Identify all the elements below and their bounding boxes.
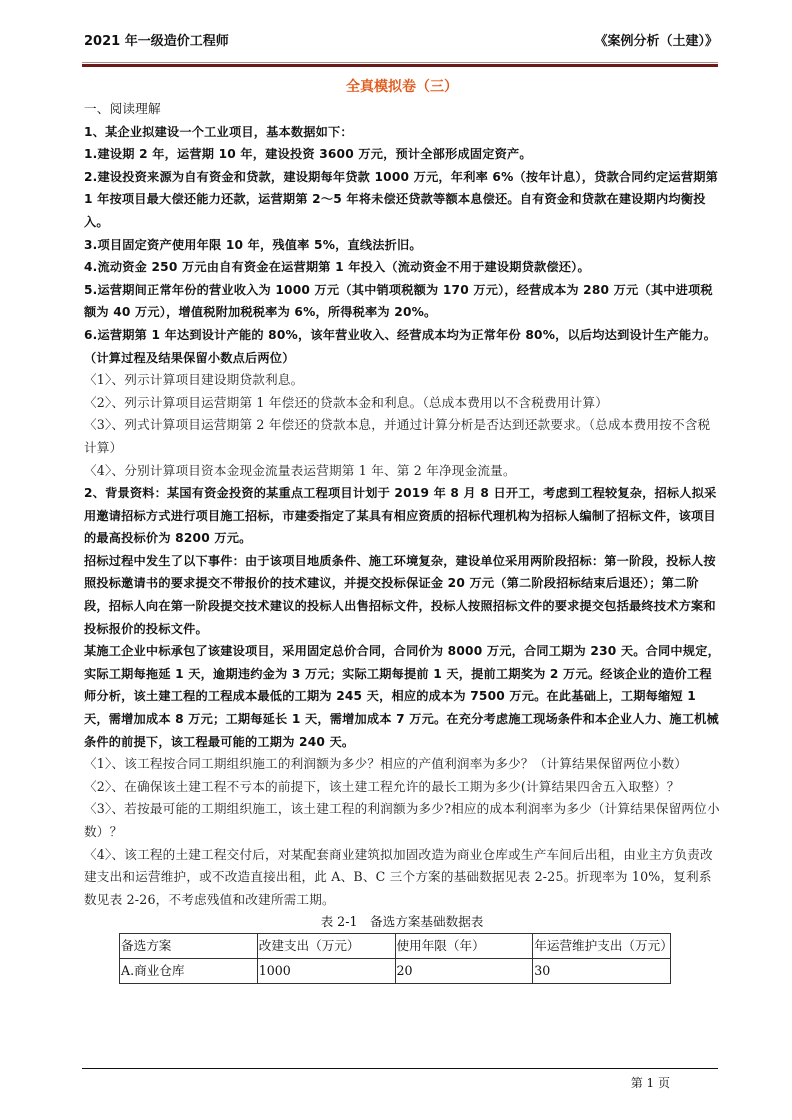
data-table: 备选方案 改建支出（万元） 使用年限（年） 年运营维护支出（万元） A.商业仓库… xyxy=(119,933,671,984)
table-caption: 表 2-1 备选方案基础数据表 xyxy=(84,911,720,933)
q2-question: 〈1〉、该工程按合同工期组织施工的利润额为多少？相应的产值利润率为多少？（计算结… xyxy=(84,753,720,776)
document-page: 2021 年一级造价工程师 《案例分析（土建）》 全真模拟卷（三） 一、阅读理解… xyxy=(0,0,792,1120)
q1-intro: 1、某企业拟建设一个工业项目，基本数据如下： xyxy=(84,121,720,144)
q1-item: 1.建设期 2 年，运营期 10 年，建设投资 3600 万元，预计全部形成固定… xyxy=(84,143,720,166)
q1-question: 〈4〉、分别计算项目资本金现金流量表运营期第 1 年、第 2 年净现金流量。 xyxy=(84,460,720,483)
table-header-row: 备选方案 改建支出（万元） 使用年限（年） 年运营维护支出（万元） xyxy=(120,934,671,959)
table-header-cell: 年运营维护支出（万元） xyxy=(533,934,671,959)
q2-question: 〈2〉、在确保该土建工程不亏本的前提下，该土建工程允许的最长工期为多少(计算结果… xyxy=(84,776,720,799)
q1-item: 4.流动资金 250 万元由自有资金在运营期第 1 年投入（流动资金不用于建设期… xyxy=(84,256,720,279)
page-number: 第 1 页 xyxy=(631,1074,670,1091)
table-header-cell: 使用年限（年） xyxy=(395,934,533,959)
q2-question: 〈3〉、若按最可能的工期组织施工，该土建工程的利润额为多少?相应的成本利润率为多… xyxy=(84,798,720,843)
table-cell: 20 xyxy=(395,959,533,984)
page-title: 全真模拟卷（三） xyxy=(84,76,720,98)
q1-item: 6.运营期第 1 年达到设计产能的 80%，该年营业收入、经营成本均为正常年份 … xyxy=(84,324,720,347)
q1-question: 〈3〉、列式计算项目运营期第 2 年偿还的贷款本息，并通过计算分析是否达到还款要… xyxy=(84,414,720,459)
header-rule-thick xyxy=(82,64,718,67)
header-rule xyxy=(82,62,718,68)
q2-paragraph: 2、背景资料：某国有资金投资的某重点工程项目计划于 2019 年 8 月 8 日… xyxy=(84,482,720,550)
q2-paragraph: 某施工企业中标承包了该建设项目，采用固定总价合同，合同价为 8000 万元，合同… xyxy=(84,640,720,753)
q1-question: 〈1〉、列示计算项目建设期贷款利息。 xyxy=(84,369,720,392)
q1-item: 3.项目固定资产使用年限 10 年，残值率 5%，直线法折旧。 xyxy=(84,234,720,257)
header-right-title: 《案例分析（土建）》 xyxy=(594,30,718,49)
footer-rule xyxy=(82,1068,718,1069)
q2-paragraph: 招标过程中发生了以下事件：由于该项目地质条件、施工环境复杂，建设单位采用两阶段招… xyxy=(84,550,720,640)
q1-note: （计算过程及结果保留小数点后两位） xyxy=(84,347,720,370)
header-rule-thin xyxy=(82,62,718,63)
table-header-cell: 改建支出（万元） xyxy=(257,934,395,959)
table-cell: 1000 xyxy=(257,959,395,984)
page-content: 全真模拟卷（三） 一、阅读理解 1、某企业拟建设一个工业项目，基本数据如下： 1… xyxy=(84,76,720,984)
q1-question: 〈2〉、列示计算项目运营期第 1 年偿还的贷款本金和利息。（总成本费用以不含税费… xyxy=(84,392,720,415)
page-header: 2021 年一级造价工程师 《案例分析（土建）》 xyxy=(84,28,718,50)
table-cell: 30 xyxy=(533,959,671,984)
q1-item: 2.建设投资来源为自有资金和贷款，建设期每年贷款 1000 万元，年利率 6%（… xyxy=(84,166,720,234)
table-header-cell: 备选方案 xyxy=(120,934,258,959)
section-heading: 一、阅读理解 xyxy=(84,98,720,121)
q1-item: 5.运营期间正常年份的营业收入为 1000 万元（其中销项税额为 170 万元）… xyxy=(84,279,720,324)
table-cell: A.商业仓库 xyxy=(120,959,258,984)
table-row: A.商业仓库 1000 20 30 xyxy=(120,959,671,984)
header-left-title: 2021 年一级造价工程师 xyxy=(84,30,229,49)
q2-question: 〈4〉、该工程的土建工程交付后，对某配套商业建筑拟加固改造为商业仓库或生产车间后… xyxy=(84,844,720,912)
